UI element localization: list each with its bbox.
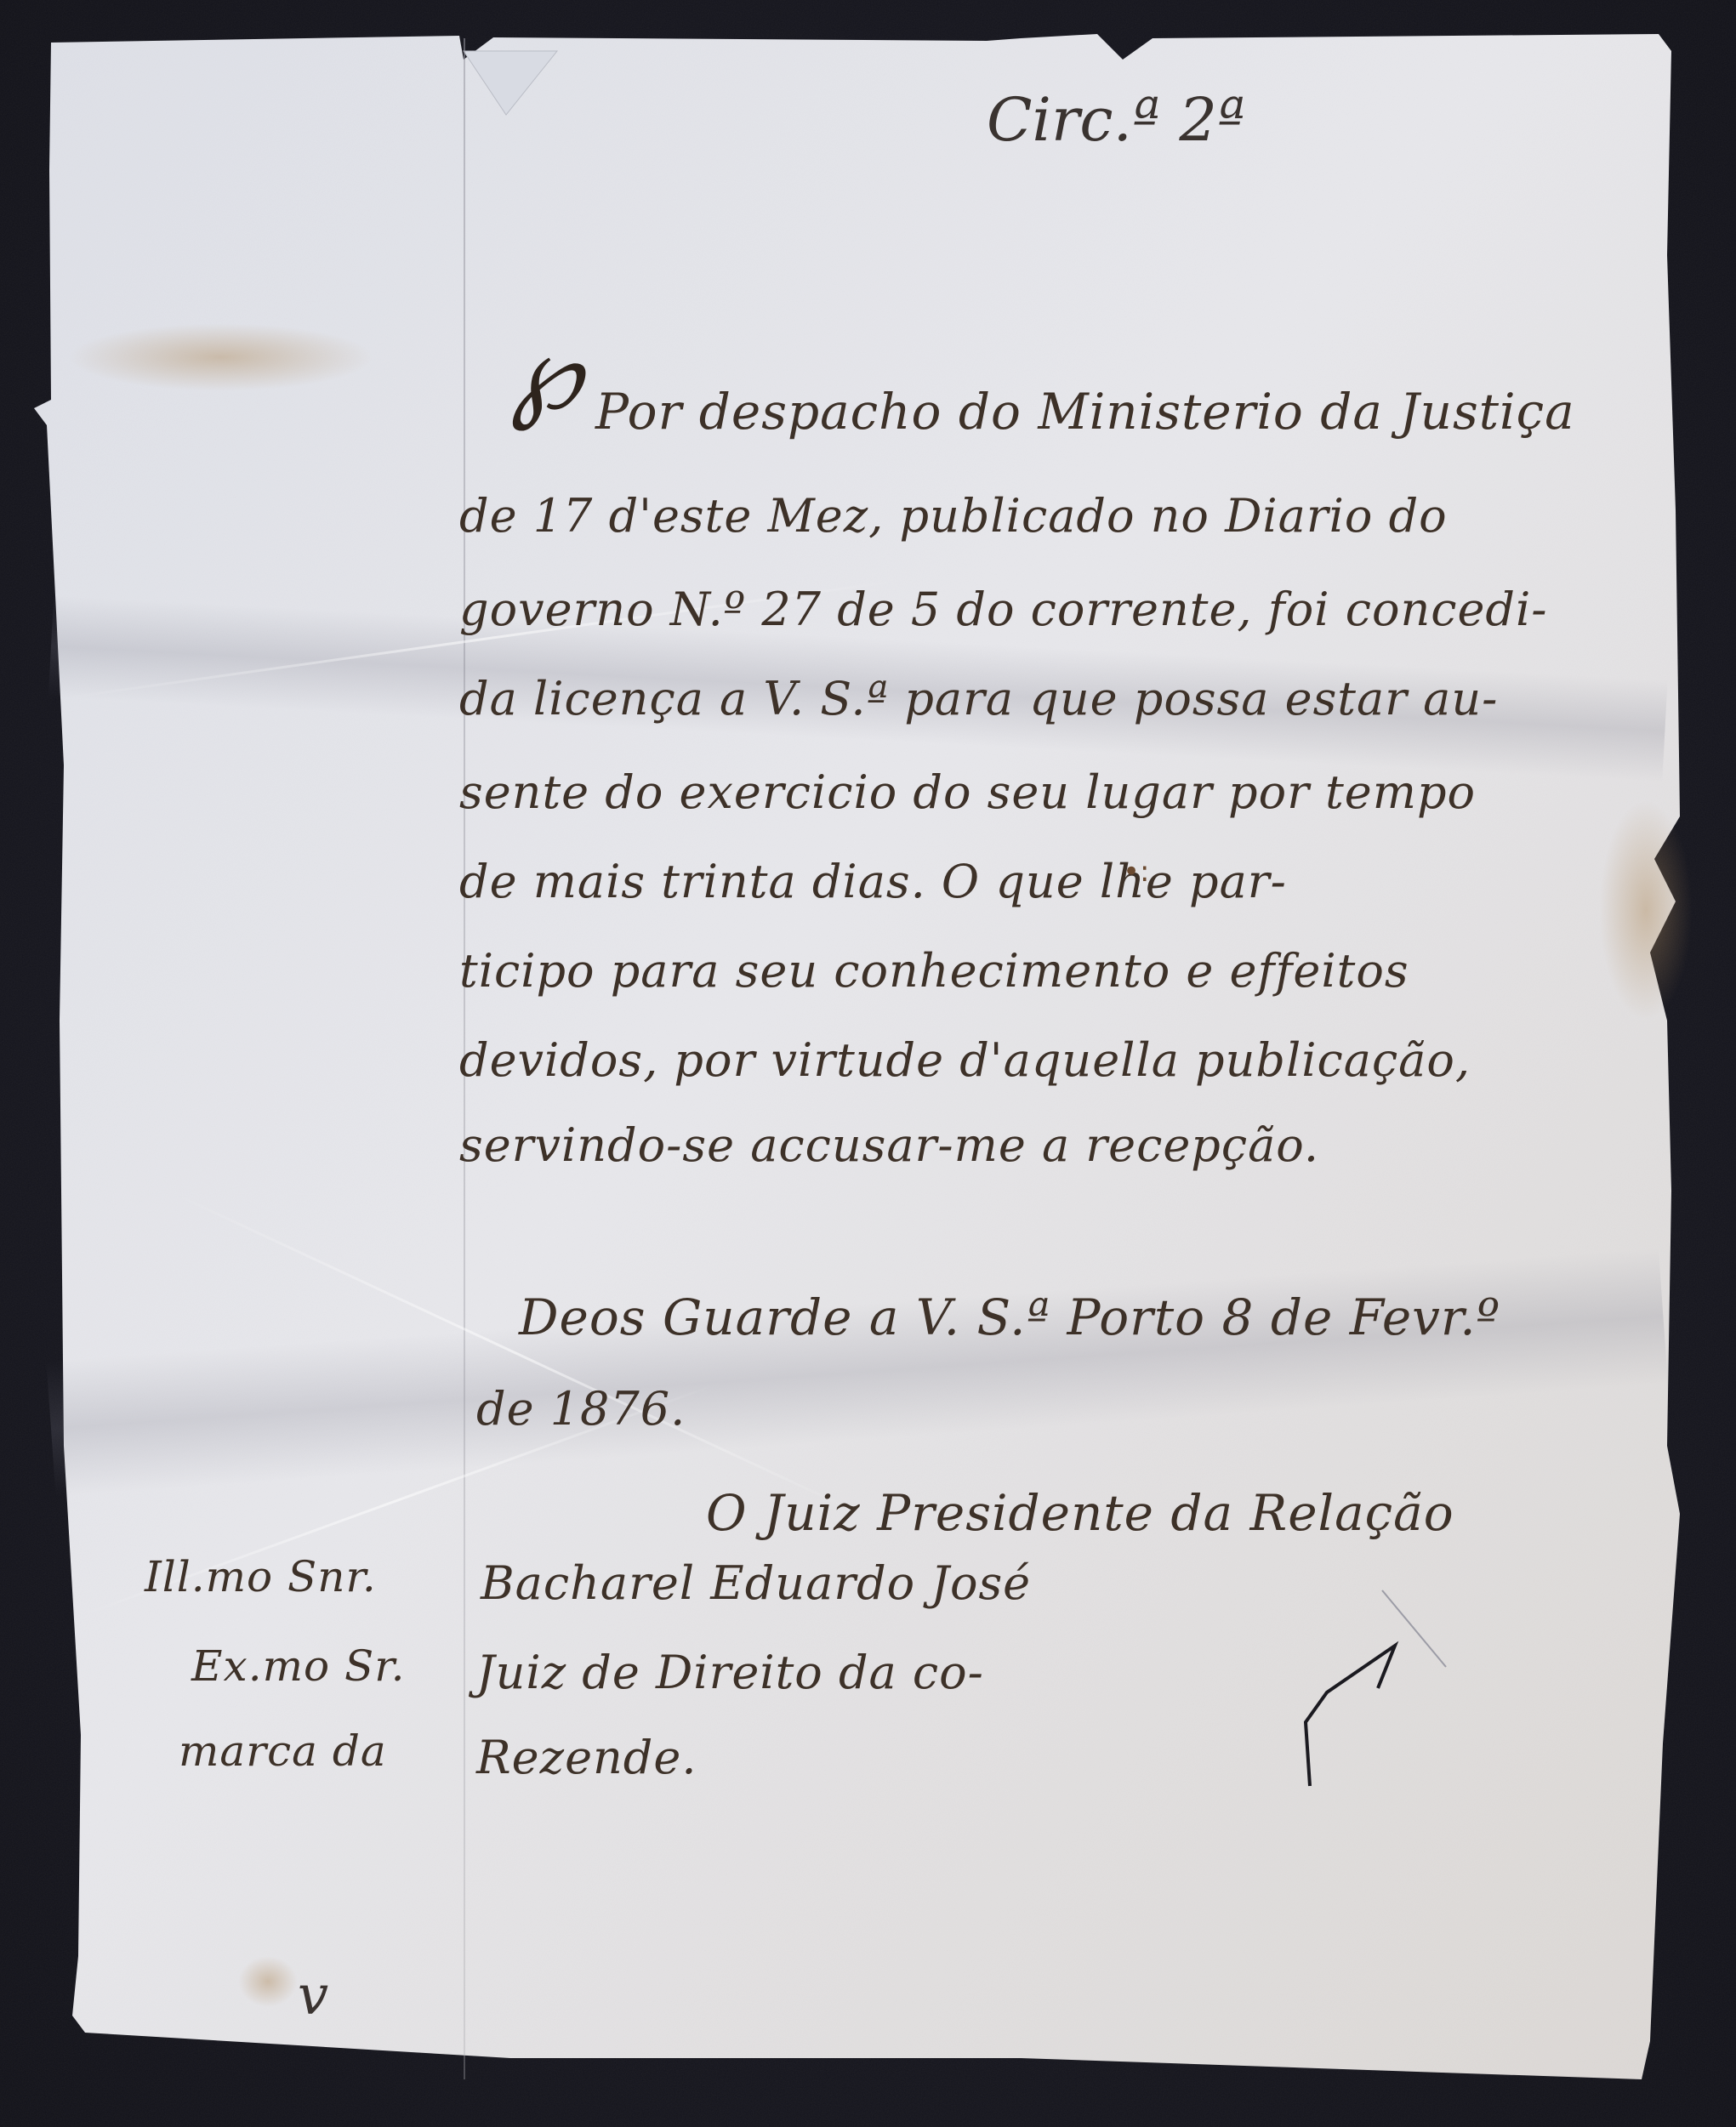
body-line-3: governo N.º 27 de 5 do corrente, foi con… [459, 583, 1548, 636]
closing-line-1: Deos Guarde a V. S.ª Porto 8 de Fevr.º [519, 1288, 1500, 1346]
header-mark: Circ.ª 2ª [987, 85, 1245, 155]
addressee-right-3: Rezende. [476, 1731, 697, 1784]
body-line-2: de 17 d'este Mez, publicado no Diario do [459, 489, 1448, 543]
body-line-1: Por despacho do Ministerio da Justiça [595, 383, 1575, 441]
water-stain [68, 323, 374, 391]
addressee-right-1: Bacharel Eduardo José [481, 1556, 1031, 1610]
body-line-9: servindo-se accusar-me a recepção. [459, 1118, 1319, 1172]
addressee-right-2: Juiz de Direito da co- [476, 1646, 984, 1699]
body-line-8: devidos, por virtude d'aquella publicaçã… [459, 1033, 1471, 1087]
ink-spot: •: [1123, 855, 1150, 889]
foxing-stain [238, 1956, 298, 2007]
bottom-check-mark: v [298, 1965, 328, 2027]
signature-title: O Juiz Presidente da Relação [706, 1484, 1454, 1542]
drop-cap-flourish: ℘ [510, 315, 582, 433]
body-line-6: de mais trinta dias. O que lhe par- [459, 855, 1287, 908]
addressee-left-1: Ill.mo Snr. [145, 1552, 377, 1601]
body-line-7: ticipo para seu conhecimento e effeitos [459, 944, 1409, 998]
addressee-left-3: marca da [179, 1726, 387, 1776]
addressee-left-2: Ex.mo Sr. [191, 1641, 406, 1691]
body-line-5: sente do exercicio do seu lugar por temp… [459, 765, 1476, 819]
closing-line-2: de 1876. [476, 1382, 686, 1436]
body-line-4: da licença a V. S.ª para que possa estar… [459, 672, 1498, 725]
edge-stain [1599, 799, 1693, 1021]
document-sheet: Circ.ª 2ª ℘ Por despacho do Ministerio d… [0, 0, 1736, 2127]
